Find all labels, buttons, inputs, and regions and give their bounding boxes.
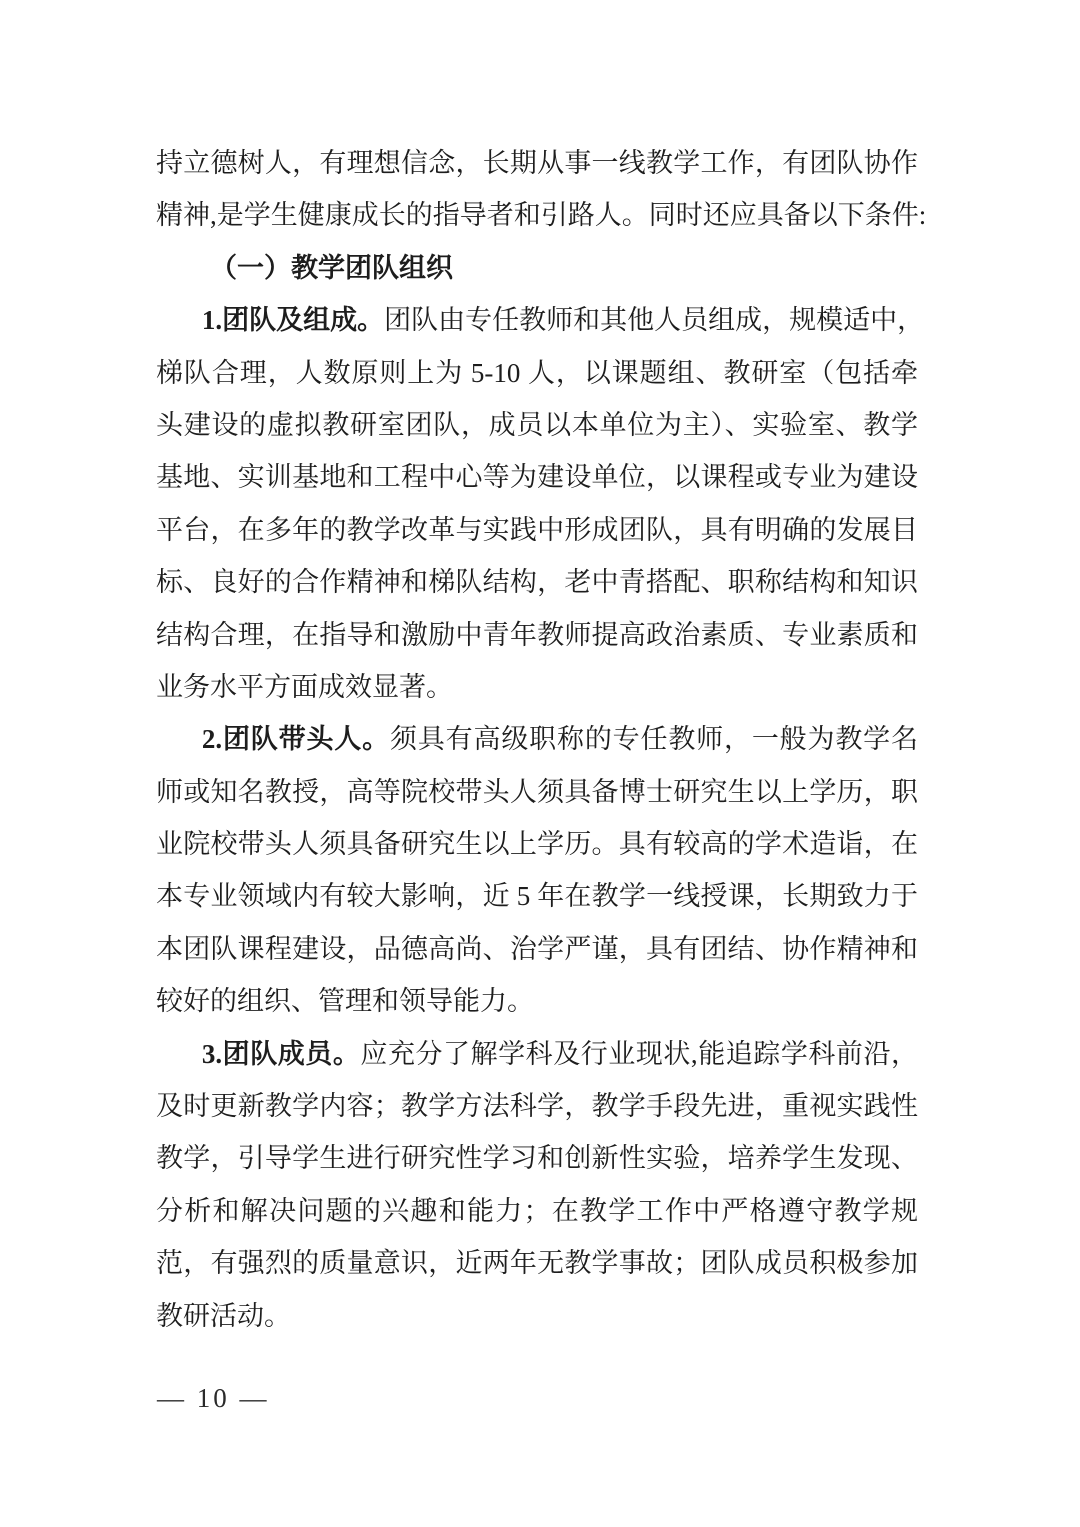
line-text: 基地、实训基地和工程中心等为建设单位，以课程或专业为建设 (156, 462, 918, 492)
line-text: 本专业领域内有较大影响，近 5 年在教学一线授课，长期致力于 (156, 881, 918, 911)
line-text: 业务水平方面成效显著。 (156, 672, 453, 702)
text-line: 范，有强烈的质量意识，近两年无教学事故；团队成员积极参加 (156, 1237, 918, 1289)
item-number-bold-text: 2.团队带头人。 (202, 724, 390, 754)
text-line: 持立德树人，有理想信念，长期从事一线教学工作，有团队协作 (156, 137, 918, 189)
item-number-bold-text: 3.团队成员。 (202, 1039, 361, 1069)
text-line: 业院校带头人须具备研究生以上学历。具有较高的学术造诣，在 (156, 818, 918, 870)
text-line: 教研活动。 (156, 1290, 918, 1342)
text-line: 平台，在多年的教学改革与实践中形成团队，具有明确的发展目 (156, 504, 918, 556)
line-text: 须具有高级职称的专任教师，一般为教学名 (390, 724, 918, 754)
document-text-block: 持立德树人，有理想信念，长期从事一线教学工作，有团队协作精神,是学生健康成长的指… (156, 137, 918, 1342)
line-text: 业院校带头人须具备研究生以上学历。具有较高的学术造诣，在 (156, 829, 918, 859)
line-text: 头建设的虚拟教研室团队，成员以本单位为主）、实验室、教学 (156, 410, 918, 440)
line-text: 教研活动。 (156, 1301, 291, 1331)
text-line: 分析和解决问题的兴趣和能力；在教学工作中严格遵守教学规 (156, 1185, 918, 1237)
line-text: 本团队课程建设，品德高尚、治学严谨，具有团结、协作精神和 (156, 934, 918, 964)
line-text: 持立德树人，有理想信念，长期从事一线教学工作，有团队协作 (156, 148, 918, 178)
line-text: 团队由专任教师和其他人员组成，规模适中， (384, 305, 924, 335)
text-line: 梯队合理，人数原则上为 5-10 人，以课题组、教研室（包括牵 (156, 347, 918, 399)
line-text: 应充分了解学科及行业现状,能追踪学科前沿， (360, 1039, 918, 1069)
text-line: 较好的组织、管理和领导能力。 (156, 975, 918, 1027)
document-page: 持立德树人，有理想信念，长期从事一线教学工作，有团队协作精神,是学生健康成长的指… (0, 0, 1080, 1527)
text-line: 及时更新教学内容；教学方法科学，教学手段先进，重视实践性 (156, 1080, 918, 1132)
text-line: 本专业领域内有较大影响，近 5 年在教学一线授课，长期致力于 (156, 870, 918, 922)
text-line: 3.团队成员。应充分了解学科及行业现状,能追踪学科前沿， (156, 1028, 918, 1080)
text-line: 业务水平方面成效显著。 (156, 661, 918, 713)
line-text: 较好的组织、管理和领导能力。 (156, 986, 534, 1016)
text-line: 头建设的虚拟教研室团队，成员以本单位为主）、实验室、教学 (156, 399, 918, 451)
text-line: 基地、实训基地和工程中心等为建设单位，以课程或专业为建设 (156, 451, 918, 503)
line-text: 师或知名教授，高等院校带头人须具备博士研究生以上学历，职 (156, 777, 918, 807)
text-line: 2.团队带头人。须具有高级职称的专任教师，一般为教学名 (156, 713, 918, 765)
line-text: 及时更新教学内容；教学方法科学，教学手段先进，重视实践性 (156, 1091, 918, 1121)
text-line: （一）教学团队组织 (156, 242, 918, 294)
page-number: — 10 — (157, 1372, 270, 1424)
text-line: 1.团队及组成。团队由专任教师和其他人员组成，规模适中， (156, 294, 918, 346)
line-text: 标、良好的合作精神和梯队结构，老中青搭配、职称结构和知识 (156, 567, 918, 597)
line-text: 平台，在多年的教学改革与实践中形成团队，具有明确的发展目 (156, 515, 918, 545)
line-text: 精神,是学生健康成长的指导者和引路人。同时还应具备以下条件: (156, 200, 926, 230)
line-text: 教学，引导学生进行研究性学习和创新性实验，培养学生发现、 (156, 1143, 918, 1173)
text-line: 标、良好的合作精神和梯队结构，老中青搭配、职称结构和知识 (156, 556, 918, 608)
line-text: 结构合理，在指导和激励中青年教师提高政治素质、专业素质和 (156, 620, 918, 650)
text-line: 精神,是学生健康成长的指导者和引路人。同时还应具备以下条件: (156, 189, 918, 241)
line-text: 梯队合理，人数原则上为 5-10 人，以课题组、教研室（包括牵 (156, 358, 918, 388)
text-line: 结构合理，在指导和激励中青年教师提高政治素质、专业素质和 (156, 609, 918, 661)
line-text: 范，有强烈的质量意识，近两年无教学事故；团队成员积极参加 (156, 1248, 918, 1278)
line-text: 分析和解决问题的兴趣和能力；在教学工作中严格遵守教学规 (156, 1196, 918, 1226)
text-line: 本团队课程建设，品德高尚、治学严谨，具有团结、协作精神和 (156, 923, 918, 975)
section-heading-text: （一）教学团队组织 (210, 253, 453, 283)
text-line: 师或知名教授，高等院校带头人须具备博士研究生以上学历，职 (156, 766, 918, 818)
text-line: 教学，引导学生进行研究性学习和创新性实验，培养学生发现、 (156, 1132, 918, 1184)
item-number-bold-text: 1.团队及组成。 (202, 305, 384, 335)
